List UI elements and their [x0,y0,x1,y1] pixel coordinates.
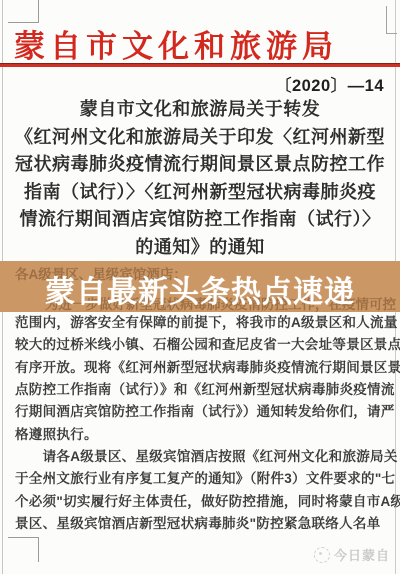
masthead-divider-rule [0,63,400,67]
body-line: 个必须"切实履行好主体责任，做好防控措施，同时将蒙自市A级 [15,491,387,513]
body-line: 范围内，游客安全有保障的前提下，将我市的A级景区和人流量 [15,312,387,334]
crop-mark-top-right [386,6,397,34]
document-title: 蒙自市文化和旅游局关于转发 《红河州文化和旅游局关于印发〈红河州新型 冠状病毒肺… [9,96,391,261]
crop-mark-bottom-left [8,537,39,562]
title-line: 情流行期间酒店宾馆防控工作指南（试行）〉 [9,206,391,234]
watermark: 今日蒙自 [314,545,390,564]
body-line: 有序开放。现将《红河州新型冠状病毒肺炎疫情流行期间景区景 [15,357,387,379]
watermark-logo-icon [314,547,330,563]
body-line: 于全州文旅行业有序复工复产的通知》（附件3）文件要求的"七 [15,468,387,490]
body-line: 景区、星级宾馆酒店新型冠状病毒肺炎"防控紧急联络人名单 [15,513,387,535]
document-body: 范围内，游客安全有保障的前提下，将我市的A级景区和人流量 较大的过桥米线小镇、石… [15,312,387,535]
body-line: 行期间酒店宾馆防控工作指南（试行》）通知转发给你们，请严 [15,401,387,423]
title-line: 《红河州文化和旅游局关于印发〈红河州新型 [9,124,391,152]
body-line: 格遵照执行。 [15,424,387,446]
title-line: 指南（试行）〉〈红河州新型冠状病毒肺炎疫 [9,179,391,207]
body-line: 点防控工作指南（试行）》和《红河州新型冠状病毒肺炎疫情流 [15,379,387,401]
watermark-label: 今日蒙自 [334,545,390,564]
title-line: 蒙自市文化和旅游局关于转发 [9,96,391,124]
agency-masthead: 蒙自市文化和旅游局 [14,21,386,66]
document-number: 〔2020〕—14 [275,72,384,96]
crop-mark-top-left [8,0,39,23]
title-line: 冠状病毒肺炎疫情流行期间景区景点防控工作 [9,151,391,179]
document-page: 蒙自市文化和旅游局 〔2020〕—14 蒙自市文化和旅游局关于转发 《红河州文化… [0,0,400,574]
overlay-headline: 蒙自最新头条热点速递 [0,267,400,311]
body-line: 请各A级景区、星级宾馆酒店按照《红河州文化和旅游局关 [15,446,387,468]
headline-overlay-band: 各A级景区、星级宾馆酒店： 为进一步做好新型冠状病毒肺炎疫情防控工作，在疫情可控… [0,261,400,312]
title-line: 的通知》的通知 [9,234,391,262]
body-line: 较大的过桥米线小镇、石榴公园和查尼皮省一大会址等景区景点 [15,334,387,356]
